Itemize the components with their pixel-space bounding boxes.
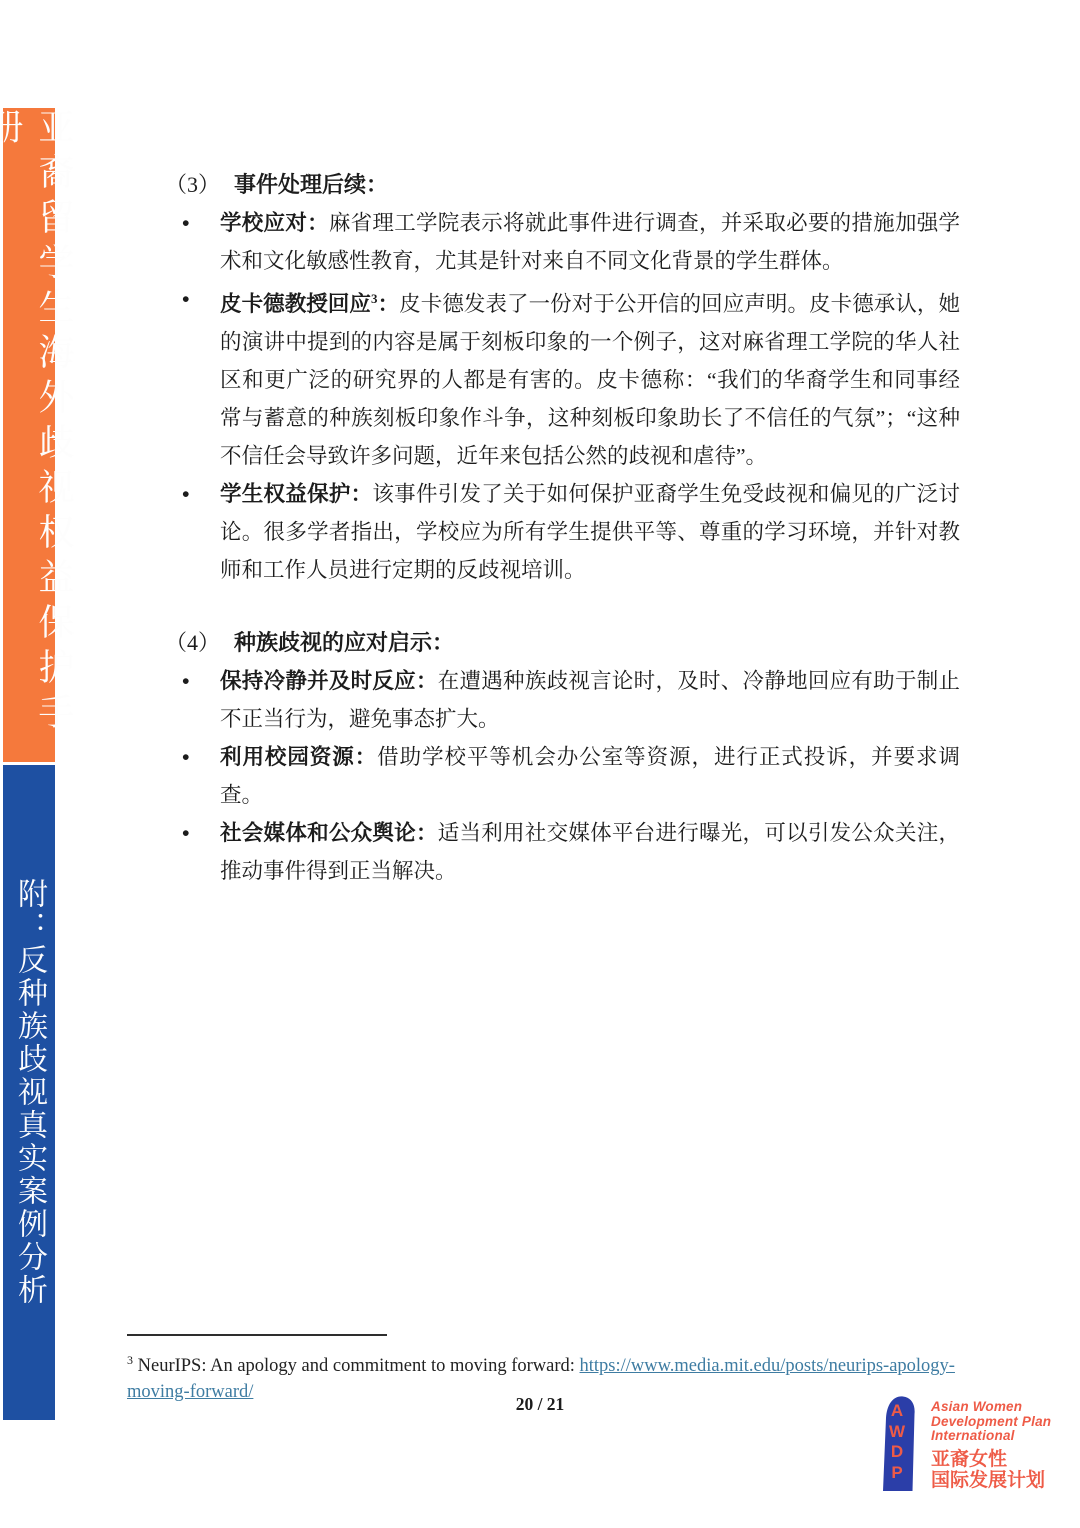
sidebar-blue-band: 附：反种族歧视真实案例分析 xyxy=(3,765,55,1420)
bullet-icon: • xyxy=(182,662,190,700)
logo-text: Asian Women Development Plan Internation… xyxy=(931,1394,1051,1491)
bullet-label: 学校应对： xyxy=(220,211,329,235)
bullet-label: 社会媒体和公众舆论： xyxy=(220,821,438,845)
logo-cn-line2: 国际发展计划 xyxy=(931,1470,1051,1491)
footnote-marker: 3 xyxy=(127,1353,133,1367)
bullet-icon: • xyxy=(182,280,190,318)
list-item: • 利用校园资源：借助学校平等机会办公室等资源，进行正式投诉，并要求调查。 xyxy=(220,738,960,814)
footnote-divider xyxy=(127,1334,387,1336)
bullet-text: 麻省理工学院表示将就此事件进行调查，并采取必要的措施加强学术和文化敏感性教育，尤… xyxy=(220,211,960,273)
logo-en-line1: Asian Women xyxy=(931,1400,1051,1415)
list-item: • 保持冷静并及时反应：在遭遇种族歧视言论时，及时、冷静地回应有助于制止不正当行… xyxy=(220,662,960,738)
section-3-bullet-list: • 学校应对：麻省理工学院表示将就此事件进行调查，并采取必要的措施加强学术和文化… xyxy=(165,204,960,589)
section-4-title: 种族歧视的应对启示： xyxy=(234,630,454,655)
bullet-label: 保持冷静并及时反应： xyxy=(220,669,438,693)
list-item: • 学生权益保护：该事件引发了关于如何保护亚裔学生免受歧视和偏见的广泛讨论。很多… xyxy=(220,475,960,589)
section-3-title: 事件处理后续： xyxy=(234,172,388,197)
bullet-icon: • xyxy=(182,738,190,776)
bullet-icon: • xyxy=(182,204,190,242)
list-item: • 学校应对：麻省理工学院表示将就此事件进行调查，并采取必要的措施加强学术和文化… xyxy=(220,204,960,280)
logo-en-line3: International xyxy=(931,1429,1051,1444)
main-content: （3）事件处理后续： • 学校应对：麻省理工学院表示将就此事件进行调查，并采取必… xyxy=(165,166,960,890)
sidebar-orange-title: 亚裔留学生海外歧视权益保护手册 xyxy=(0,108,80,762)
section-3-heading: （3）事件处理后续： xyxy=(165,166,960,204)
list-item: • 皮卡德教授回应3：皮卡德发表了一份对于公开信的回应声明。皮卡德承认，她的演讲… xyxy=(220,280,960,475)
logo-en-line2: Development Plan xyxy=(931,1415,1051,1430)
list-item: • 社会媒体和公众舆论：适当利用社交媒体平台进行曝光，可以引发公众关注，推动事件… xyxy=(220,814,960,890)
sidebar-blue-title: 附：反种族歧视真实案例分析 xyxy=(7,878,51,1307)
sidebar-orange-band: 亚裔留学生海外歧视权益保护手册 xyxy=(3,108,55,762)
document-page: 亚裔留学生海外歧视权益保护手册 附：反种族歧视真实案例分析 （3）事件处理后续：… xyxy=(0,0,1080,1528)
logo-cn-line1: 亚裔女性 xyxy=(931,1449,1051,1470)
footnote-text: NeurIPS: An apology and commitment to mo… xyxy=(138,1356,580,1376)
bullet-label: 利用校园资源： xyxy=(220,745,377,769)
section-3-number: （3） xyxy=(165,172,220,197)
bullet-icon: • xyxy=(182,814,190,852)
section-4-bullet-list: • 保持冷静并及时反应：在遭遇种族歧视言论时，及时、冷静地回应有助于制止不正当行… xyxy=(165,662,960,890)
bullet-label: 学生权益保护： xyxy=(220,482,372,506)
bullet-icon: • xyxy=(182,475,190,513)
logo-letter-p: P xyxy=(879,1463,915,1484)
awdp-logo: A W D P Asian Women Development Plan Int… xyxy=(879,1394,1051,1491)
section-4-heading: （4）种族歧视的应对启示： xyxy=(165,624,960,662)
logo-letter-w: W xyxy=(879,1422,915,1443)
logo-letter-a: A xyxy=(879,1401,915,1422)
bullet-text: 皮卡德发表了一份对于公开信的回应声明。皮卡德承认，她的演讲中提到的内容是属于刻板… xyxy=(220,292,960,468)
bullet-label: 皮卡德教授回应3： xyxy=(220,292,399,316)
logo-letters: A W D P xyxy=(879,1401,915,1483)
section-4-number: （4） xyxy=(165,630,220,655)
awdp-logo-mark-icon: A W D P xyxy=(879,1394,917,1491)
logo-letter-d: D xyxy=(879,1442,915,1463)
